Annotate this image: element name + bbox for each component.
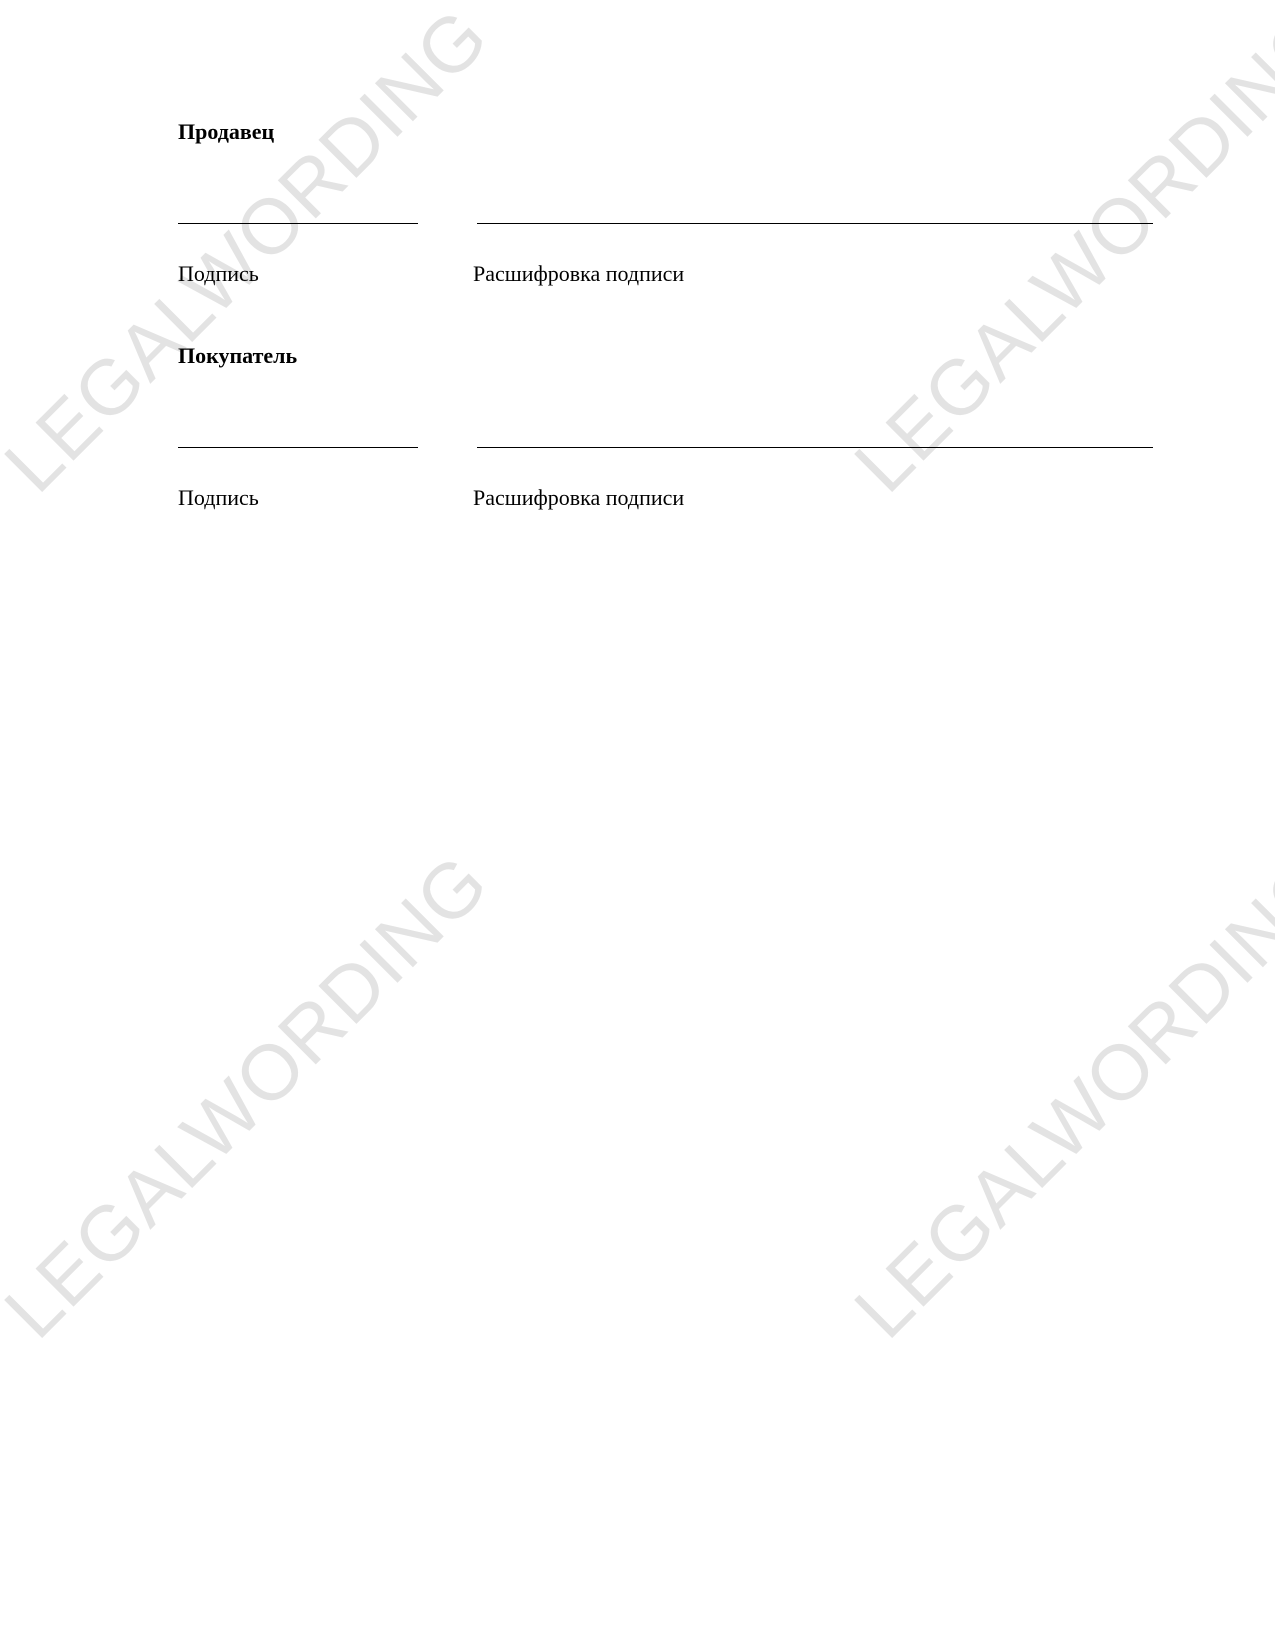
seller-title: Продавец: [178, 121, 274, 143]
buyer-title: Покупатель: [178, 345, 297, 367]
buyer-name-label: Расшифровка подписи: [473, 487, 684, 509]
buyer-signature-line: [178, 447, 418, 448]
buyer-name-line: [477, 447, 1153, 448]
document-page: Продавец Подпись Расшифровка подписи Пок…: [0, 0, 1275, 1651]
seller-signature-line: [178, 223, 418, 224]
seller-name-line: [477, 223, 1153, 224]
seller-name-label: Расшифровка подписи: [473, 263, 684, 285]
seller-signature-label: Подпись: [178, 263, 259, 285]
buyer-signature-label: Подпись: [178, 487, 259, 509]
